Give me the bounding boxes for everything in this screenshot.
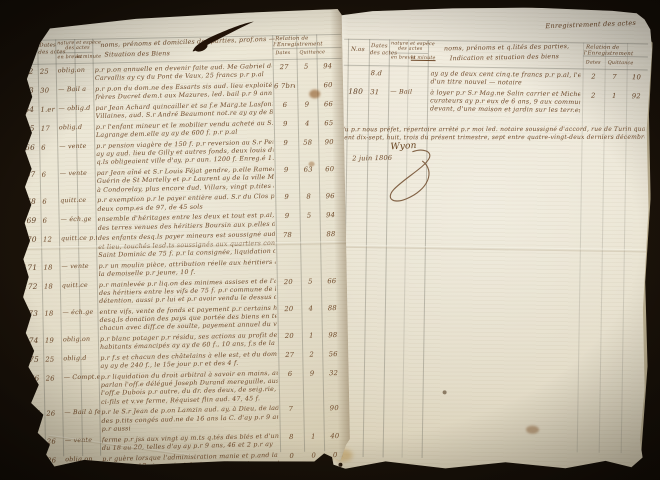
entry-date: 25	[40, 67, 56, 76]
registration-francs: 5	[298, 62, 315, 71]
registration-date: 7	[280, 405, 301, 414]
entry-text: p.r mainlevée p.r liq.on des minimes ass…	[99, 278, 276, 306]
act-type: oblig.d	[63, 355, 99, 364]
act-type: — Bail	[390, 88, 426, 97]
registration-francs: 63	[300, 166, 317, 175]
closing-certification: Vu p.r nous préfet, répertoire arrêté p.…	[341, 126, 645, 143]
registration-centimes: 96	[320, 192, 340, 201]
ledger-row: 18031— Bail2192à loyer p.r S.r Mag.ne Sa…	[331, 87, 651, 119]
entry-text: ferme p.r jss aux vingt ay m.ts q.tés de…	[102, 433, 279, 453]
registration-francs: 8	[300, 193, 317, 202]
registration-centimes: 90	[324, 404, 344, 413]
registration-centimes: 90	[319, 138, 339, 147]
entry-text: p.r p.on du dom.ne des Essarts sis aud. …	[95, 82, 272, 102]
entry-date: 6	[42, 198, 58, 207]
entry-text: par Jean Achard quincailler et sa f.e Ma…	[95, 101, 272, 121]
scene-background: Enregistrement des actes N.os Dates des …	[0, 0, 660, 480]
registration-date: 9	[277, 212, 298, 221]
act-type: — vente	[60, 170, 96, 179]
entry-text: p.r liquidation du droit arbitral à savo…	[101, 370, 279, 406]
act-type: — éch.ge	[61, 216, 97, 225]
entry-number: 173	[23, 309, 42, 318]
registration-francs: 9	[304, 369, 321, 378]
registration-date: 0	[281, 451, 302, 460]
entry-text: p.r blanc potager p.r résidu, ses action…	[100, 332, 277, 352]
registration-centimes: 40	[325, 431, 345, 440]
entry-text: p.r exemption p.r le payer entière aud. …	[97, 194, 274, 214]
entry-text: entre vifs, vente de fonds et payement p…	[99, 305, 276, 333]
entries-right: 8.d2710ay ay de deux cent cinq.te francs…	[331, 68, 652, 119]
entry-text: p.r guère lorsque l'administration manie…	[102, 452, 279, 472]
right-page: Enregistrement des actes N.os Dates des …	[325, 5, 652, 476]
entry-number: 171	[22, 263, 41, 272]
act-type: — oblig.d	[58, 105, 94, 114]
act-type: — vente	[61, 262, 97, 271]
entry-date: 6	[42, 171, 58, 180]
header-nature-2: des actes	[65, 46, 90, 52]
header-sub-dates: Dates	[586, 60, 601, 66]
registration-date: 6 7bre	[274, 82, 295, 91]
registration-date: 9	[275, 139, 296, 148]
entry-text: à loyer p.r S.r Mag.ne Salin carrier et …	[430, 89, 580, 116]
registration-francs: 4	[302, 304, 319, 313]
entry-text: ensemble d'héritages entre les deux et t…	[98, 213, 275, 233]
header-sub-minute: la minute	[76, 55, 101, 61]
entry-date: 18	[44, 309, 60, 318]
entry-number: 163	[19, 87, 38, 96]
registration-centimes: 94	[321, 211, 341, 220]
header-sub-quittance: Quittance	[608, 61, 634, 67]
registration-centimes: 32	[324, 369, 344, 378]
entry-text: p.r f.s et chacun des châtelains à elle …	[100, 351, 277, 371]
registration-date: 6	[274, 101, 295, 110]
registration-date: 8	[281, 432, 302, 441]
entry-text: des enfants desq.ls payer mineurs est so…	[98, 232, 275, 260]
act-type: — Bail à fe.e	[64, 409, 100, 418]
act-type: — éch.ge	[62, 308, 98, 317]
header-reg-2: l'Enregistrement	[273, 41, 323, 48]
act-type: — Bail a	[58, 86, 94, 95]
entry-number: 162	[19, 68, 38, 77]
entry-number: 166	[20, 144, 39, 153]
entry-number: 178	[26, 437, 45, 446]
registration-centimes: 56	[323, 350, 343, 359]
act-type	[391, 69, 427, 70]
entry-date: 12	[43, 236, 59, 245]
entry-number: 164	[19, 106, 38, 115]
act-type: — Compt.e	[64, 374, 100, 383]
registration-centimes: 65	[319, 119, 339, 128]
registration-date: 27	[274, 63, 295, 72]
header-no: N.os	[351, 46, 365, 54]
entry-date: 19	[45, 336, 61, 345]
registration-date: 9	[276, 193, 297, 202]
entry-number: 174	[24, 337, 43, 346]
act-type: oblig.on	[65, 455, 101, 464]
registration-francs: 58	[299, 138, 316, 147]
entry-number: 177	[25, 410, 44, 419]
header-sub-quittance: Quittance	[299, 50, 325, 56]
registration-date: 2	[583, 91, 603, 100]
entry-date: 1.er 8bre	[40, 105, 56, 114]
registration-francs: 1	[605, 92, 623, 100]
header-dates-1: Dates	[371, 43, 388, 49]
registration-francs: 5	[301, 212, 318, 221]
entry-number: 172	[23, 282, 42, 291]
entry-text: par Jean aîné et S.r Louis Féjat gendre,…	[97, 166, 274, 194]
registration-date: 27	[279, 351, 300, 360]
registration-date: 6	[280, 370, 301, 379]
entry-date: 8.d	[371, 69, 387, 77]
entry-date: 18	[43, 263, 59, 272]
registration-date: 20	[279, 332, 300, 341]
registration-centimes: 92	[626, 92, 646, 101]
header-dates-1: Dates	[39, 42, 56, 48]
act-type: — vente	[59, 143, 95, 152]
entry-date: 31	[370, 88, 386, 96]
ink-blot	[186, 19, 259, 56]
registration-francs: 1	[303, 331, 320, 340]
registration-date: 9	[275, 120, 296, 129]
entry-date: 26	[47, 437, 63, 446]
entry-text: ay ay de deux cent cinq.te francs p.r p.…	[430, 70, 580, 89]
closing-line-2: cent dix-sept, huit, trois du présent tr…	[341, 134, 645, 143]
act-type: oblig.d	[59, 124, 95, 133]
entry-text: p.r le S.r Jean de p.on Lamzin aud. ay, …	[101, 406, 278, 434]
entry-number: 165	[20, 125, 39, 134]
entry-text: p.r un moulin pièce, attribution réelle …	[98, 259, 275, 279]
entry-date: 26	[47, 456, 63, 465]
registration-centimes: 98	[323, 331, 343, 340]
registration-francs: 2	[303, 350, 320, 359]
entry-text: p.r p.on annuelle en devenir faite aud. …	[95, 63, 272, 83]
entry-date: 26	[46, 410, 62, 419]
registration-centimes: 66	[318, 100, 338, 109]
registration-francs: 0	[305, 451, 322, 460]
entry-date: 6	[43, 217, 59, 226]
registration-date: 9	[276, 166, 297, 175]
registration-date: 2	[584, 72, 604, 81]
header-no: N.os	[21, 46, 35, 54]
entry-number: 167	[21, 171, 40, 180]
entry-date: 30	[40, 86, 56, 95]
header-nature-2: des actes	[398, 47, 423, 53]
registration-francs: 9	[298, 100, 315, 109]
entry-text: p.r pension viagère de 150 f. p.r revers…	[96, 139, 273, 167]
registration-centimes: 88	[321, 230, 341, 239]
entry-number: 180	[348, 88, 367, 97]
act-type: quitt.ce	[60, 197, 96, 206]
registration-francs: 5	[302, 277, 319, 286]
registration-francs: 4	[299, 119, 316, 128]
entry-number: 176	[25, 375, 44, 384]
entry-date: 25	[45, 355, 61, 364]
act-type: quitt.ce p.tage	[61, 235, 97, 244]
act-type: oblig.on	[58, 67, 94, 76]
registration-francs: 7	[606, 73, 624, 81]
entry-number: 169	[22, 217, 41, 226]
left-page: N.os Dates des actes nature et espèce de…	[16, 9, 351, 467]
registration-date: 20	[278, 277, 299, 286]
registration-centimes: 10	[627, 73, 647, 82]
entry-number: 168	[21, 198, 40, 207]
entry-number: 175	[24, 356, 43, 365]
signature-flourish	[377, 145, 478, 211]
entry-date: 26	[46, 374, 62, 383]
header-reg-2: l'Enregistrement	[584, 50, 633, 57]
registration-date: 78	[277, 231, 298, 240]
header-sub-minute: la minute	[411, 56, 436, 62]
registration-centimes: 94	[318, 62, 338, 71]
entry-date: 18	[44, 282, 60, 291]
entry-number: 179	[26, 456, 45, 465]
registration-centimes: 88	[322, 304, 342, 313]
registration-centimes: 60	[320, 165, 340, 174]
act-type: quitt.ce	[62, 281, 98, 290]
registration-centimes: 60	[318, 81, 338, 90]
entries-left: 16225oblig.on27594p.r p.on annuelle en d…	[17, 61, 351, 475]
entry-date: 6	[41, 143, 57, 152]
act-type: oblig.on	[63, 336, 99, 345]
entry-date: 17	[41, 124, 57, 133]
entry-text: p.r l'enfant mineur et le mobilier vendu…	[96, 120, 273, 140]
header-parties-2: Situation des Biens	[104, 50, 170, 59]
registration-centimes: 66	[322, 277, 342, 286]
registration-date: 20	[278, 305, 299, 314]
registration-francs: 1	[305, 432, 322, 441]
act-type: — vente	[65, 436, 101, 445]
header-sub-dates: Dates	[275, 51, 290, 57]
entry-number: 170	[22, 236, 41, 245]
